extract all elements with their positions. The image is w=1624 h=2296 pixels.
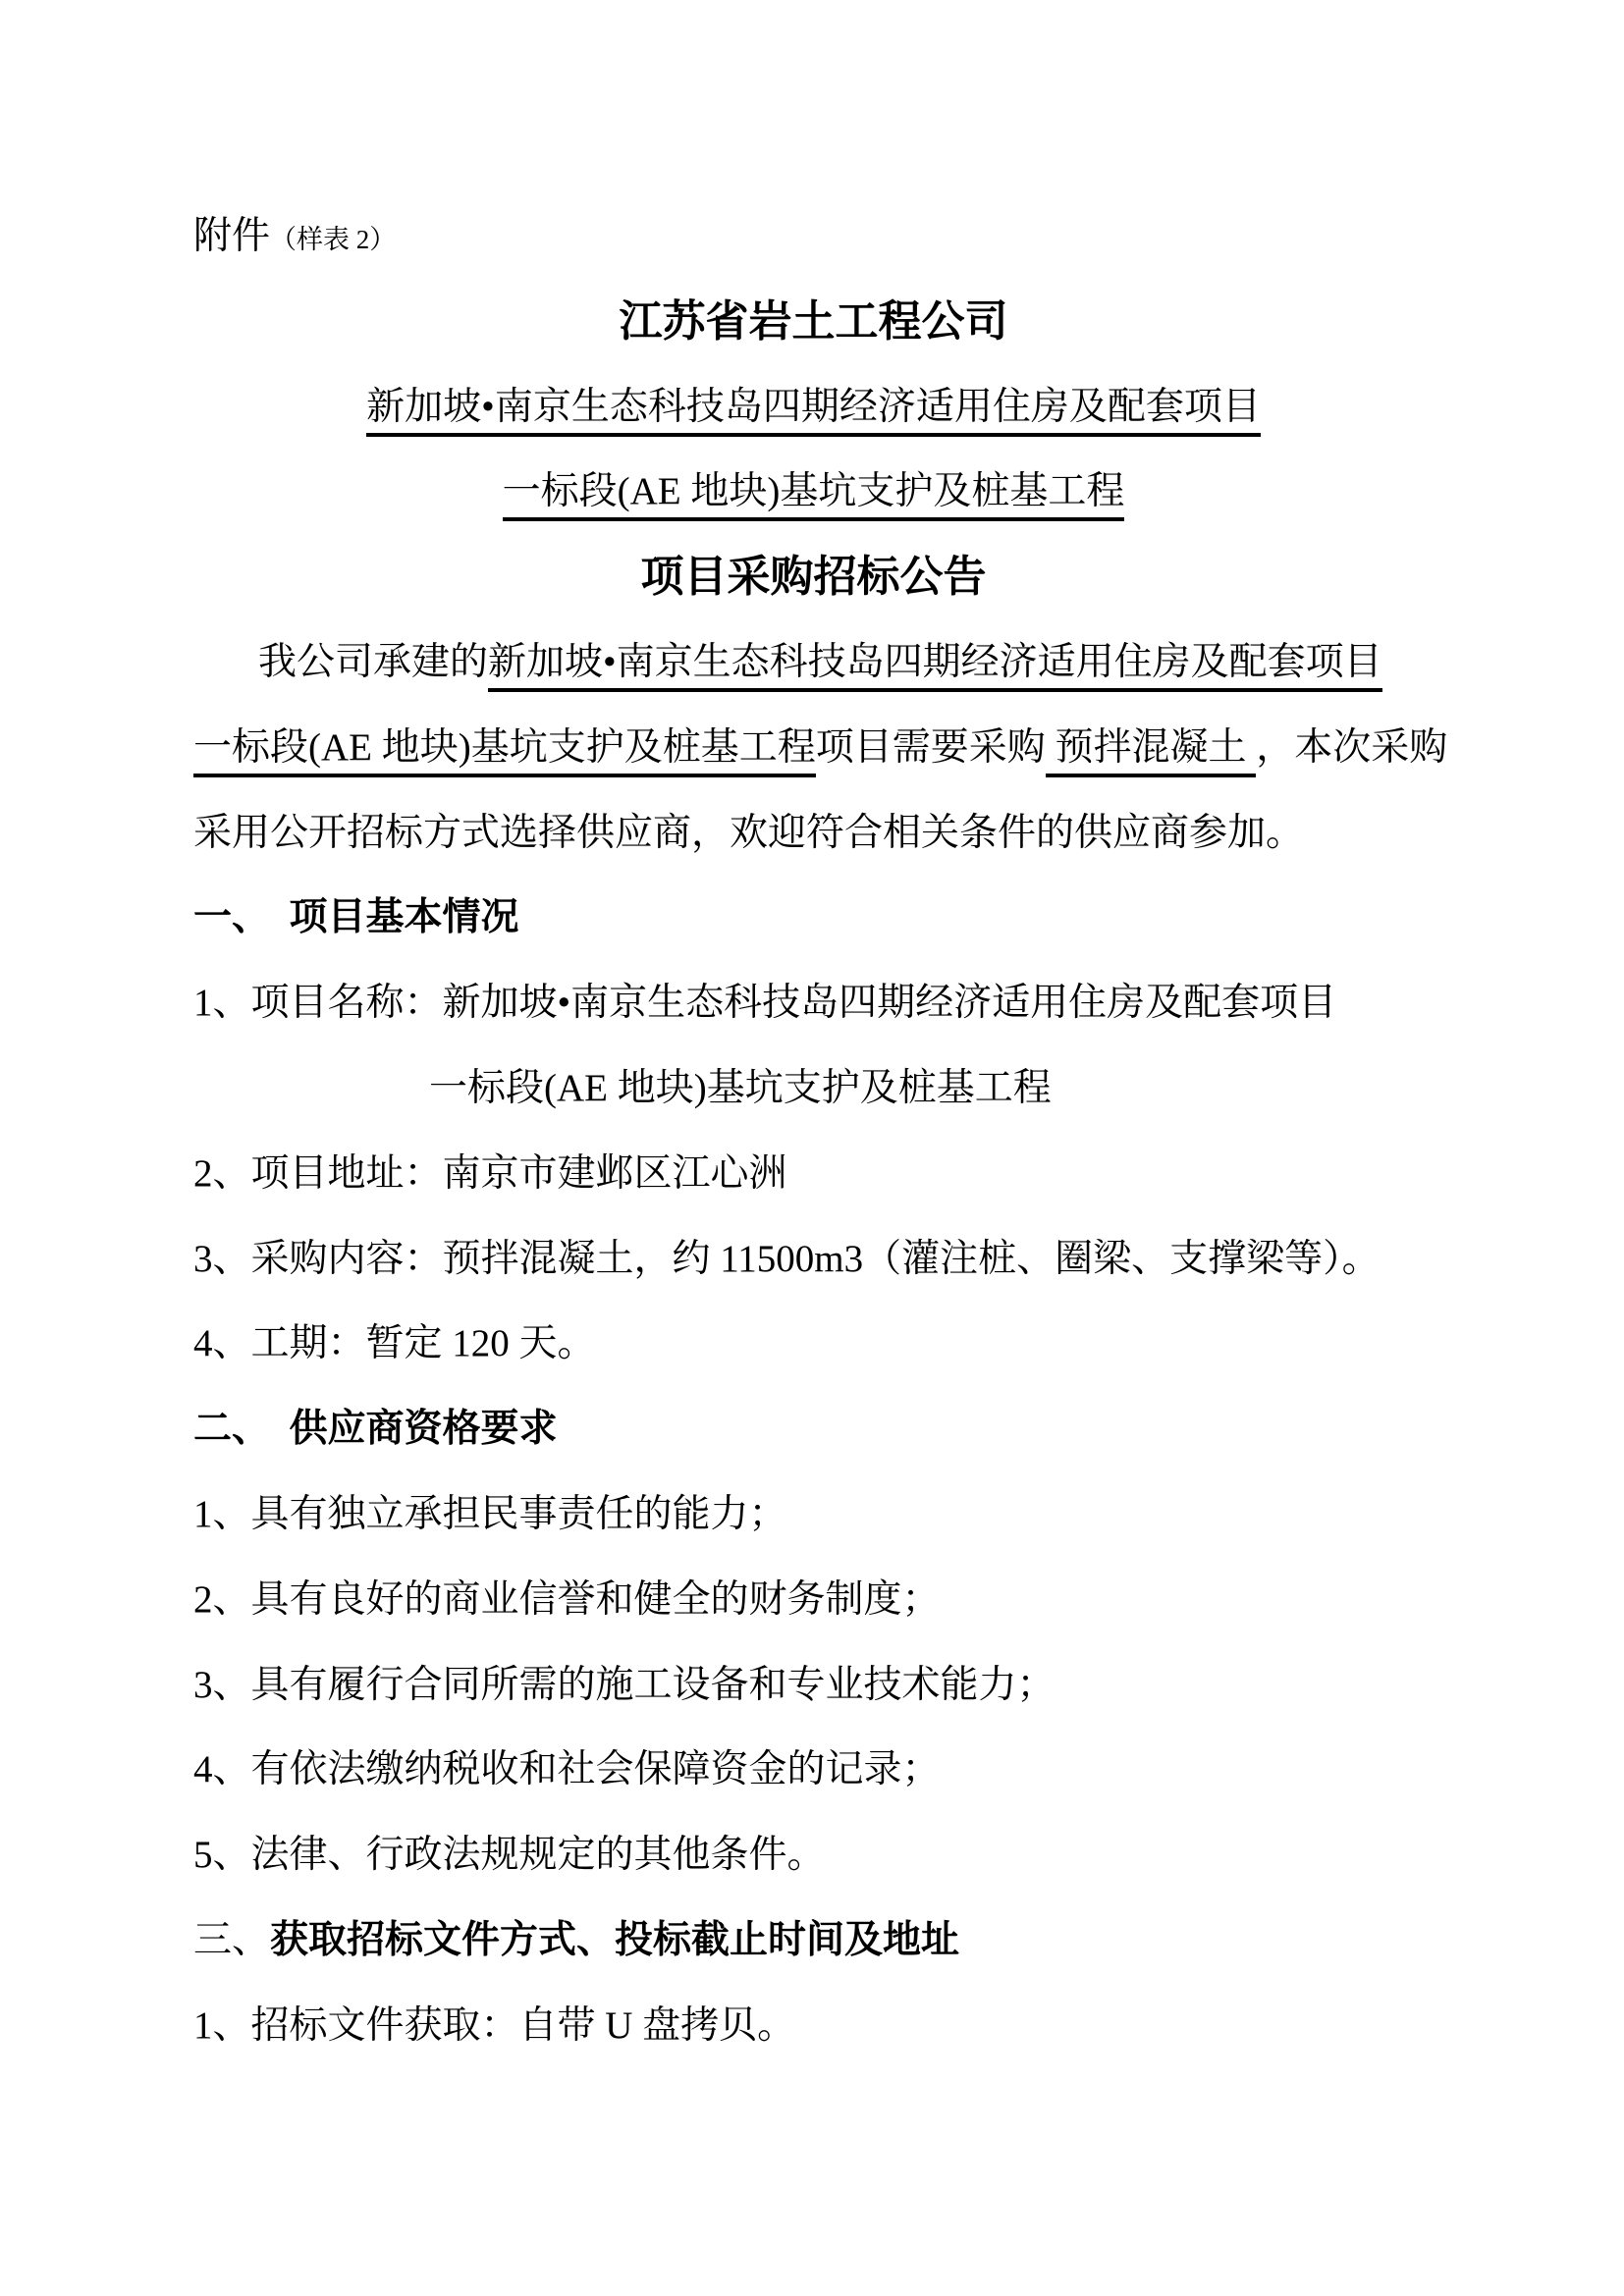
section-1-item-3: 3、采购内容：预拌混凝土，约 11500m3（灌注桩、圈梁、支撑梁等）。	[193, 1217, 1434, 1303]
intro-text: 项目需要采购	[816, 726, 1046, 769]
announcement-title-line: 项目采购招标公告	[193, 535, 1434, 620]
section-2-item-1: 1、具有独立承担民事责任的能力；	[193, 1472, 1434, 1558]
section-1-heading-line: 一、 项目基本情况	[193, 876, 1434, 961]
procurement-content-item: 3、采购内容：预拌混凝土，约 11500m3（灌注桩、圈梁、支撑梁等）。	[193, 1238, 1380, 1280]
project-address-item: 2、项目地址：南京市建邺区江心洲	[193, 1152, 787, 1195]
section-2-item-4: 4、有依法缴纳税收和社会保障资金的记录；	[193, 1728, 1434, 1813]
section-2-item-3: 3、具有履行合同所需的施工设备和专业技术能力；	[193, 1643, 1434, 1729]
section-3-heading-line: 三、获取招标文件方式、投标截止时间及地址	[193, 1898, 1434, 1984]
attachment-line: 附件（样表 2）	[193, 194, 1434, 280]
project-subtitle-line-2: 一标段(AE 地块)基坑支护及桩基工程	[193, 450, 1434, 535]
section-1-item-1: 1、项目名称：新加坡•南京生态科技岛四期经济适用住房及配套项目	[193, 961, 1434, 1046]
project-subtitle-1: 新加坡•南京生态科技岛四期经济适用住房及配套项目	[366, 386, 1261, 437]
qualification-item: 2、具有良好的商业信誉和健全的财务制度；	[193, 1578, 941, 1621]
qualification-item: 4、有依法缴纳税收和社会保障资金的记录；	[193, 1748, 941, 1790]
document-content: 附件（样表 2） 江苏省岩土工程公司 新加坡•南京生态科技岛四期经济适用住房及配…	[193, 194, 1434, 2069]
document-page: 附件（样表 2） 江苏省岩土工程公司 新加坡•南京生态科技岛四期经济适用住房及配…	[0, 0, 1624, 2296]
project-name-item: 1、项目名称：新加坡•南京生态科技岛四期经济适用住房及配套项目	[193, 982, 1336, 1024]
section-3-item-1: 1、招标文件获取：自带 U 盘拷贝。	[193, 1984, 1434, 2069]
section-2-heading: 二、 供应商资格要求	[193, 1408, 558, 1450]
company-title-line: 江苏省岩土工程公司	[193, 280, 1434, 365]
section-2-item-2: 2、具有良好的商业信誉和健全的财务制度；	[193, 1558, 1434, 1643]
section-3-heading: 获取招标文件方式、投标截止时间及地址	[270, 1919, 959, 1961]
intro-text: 我公司承建的	[258, 641, 488, 683]
section-1-heading: 一、 项目基本情况	[193, 896, 519, 938]
section-2-item-5: 5、法律、行政法规规定的其他条件。	[193, 1813, 1434, 1898]
qualification-item: 3、具有履行合同所需的施工设备和专业技术能力；	[193, 1664, 1056, 1706]
intro-section-name-underlined: 一标段(AE 地块)基坑支护及桩基工程	[193, 726, 816, 777]
attachment-label: 附件	[193, 215, 270, 257]
section-1-item-1-continuation: 一标段(AE 地块)基坑支护及桩基工程	[193, 1046, 1434, 1132]
duration-item: 4、工期：暂定 120 天。	[193, 1322, 596, 1364]
intro-project-name-underlined: 新加坡•南京生态科技岛四期经济适用住房及配套项目	[488, 641, 1382, 692]
project-name-item-cont: 一标段(AE 地块)基坑支护及桩基工程	[429, 1067, 1052, 1109]
intro-text: 采用公开招标方式选择供应商，欢迎符合相关条件的供应商参加。	[193, 812, 1304, 854]
qualification-item: 5、法律、行政法规规定的其他条件。	[193, 1834, 826, 1876]
section-1-item-2: 2、项目地址：南京市建邺区江心洲	[193, 1132, 1434, 1217]
intro-paragraph-line-3: 采用公开招标方式选择供应商，欢迎符合相关条件的供应商参加。	[193, 791, 1434, 877]
qualification-item: 1、具有独立承担民事责任的能力；	[193, 1493, 787, 1535]
company-title: 江苏省岩土工程公司	[620, 297, 1008, 346]
project-subtitle-line-1: 新加坡•南京生态科技岛四期经济适用住房及配套项目	[193, 365, 1434, 451]
announcement-title: 项目采购招标公告	[641, 553, 987, 601]
section-3-heading-prefix: 三、	[193, 1919, 270, 1961]
intro-material-underlined: 预拌混凝土	[1046, 726, 1257, 777]
section-2-heading-line: 二、 供应商资格要求	[193, 1387, 1434, 1472]
intro-text: ，本次采购	[1256, 726, 1447, 769]
document-acquisition-item: 1、招标文件获取：自带 U 盘拷贝。	[193, 2004, 795, 2047]
intro-paragraph-line-2: 一标段(AE 地块)基坑支护及桩基工程项目需要采购 预拌混凝土 ，本次采购	[193, 706, 1434, 791]
attachment-note: （样表 2）	[270, 225, 396, 254]
intro-paragraph-line-1: 我公司承建的新加坡•南京生态科技岛四期经济适用住房及配套项目	[193, 620, 1434, 706]
section-1-item-4: 4、工期：暂定 120 天。	[193, 1302, 1434, 1387]
project-subtitle-2: 一标段(AE 地块)基坑支护及桩基工程	[503, 470, 1125, 521]
